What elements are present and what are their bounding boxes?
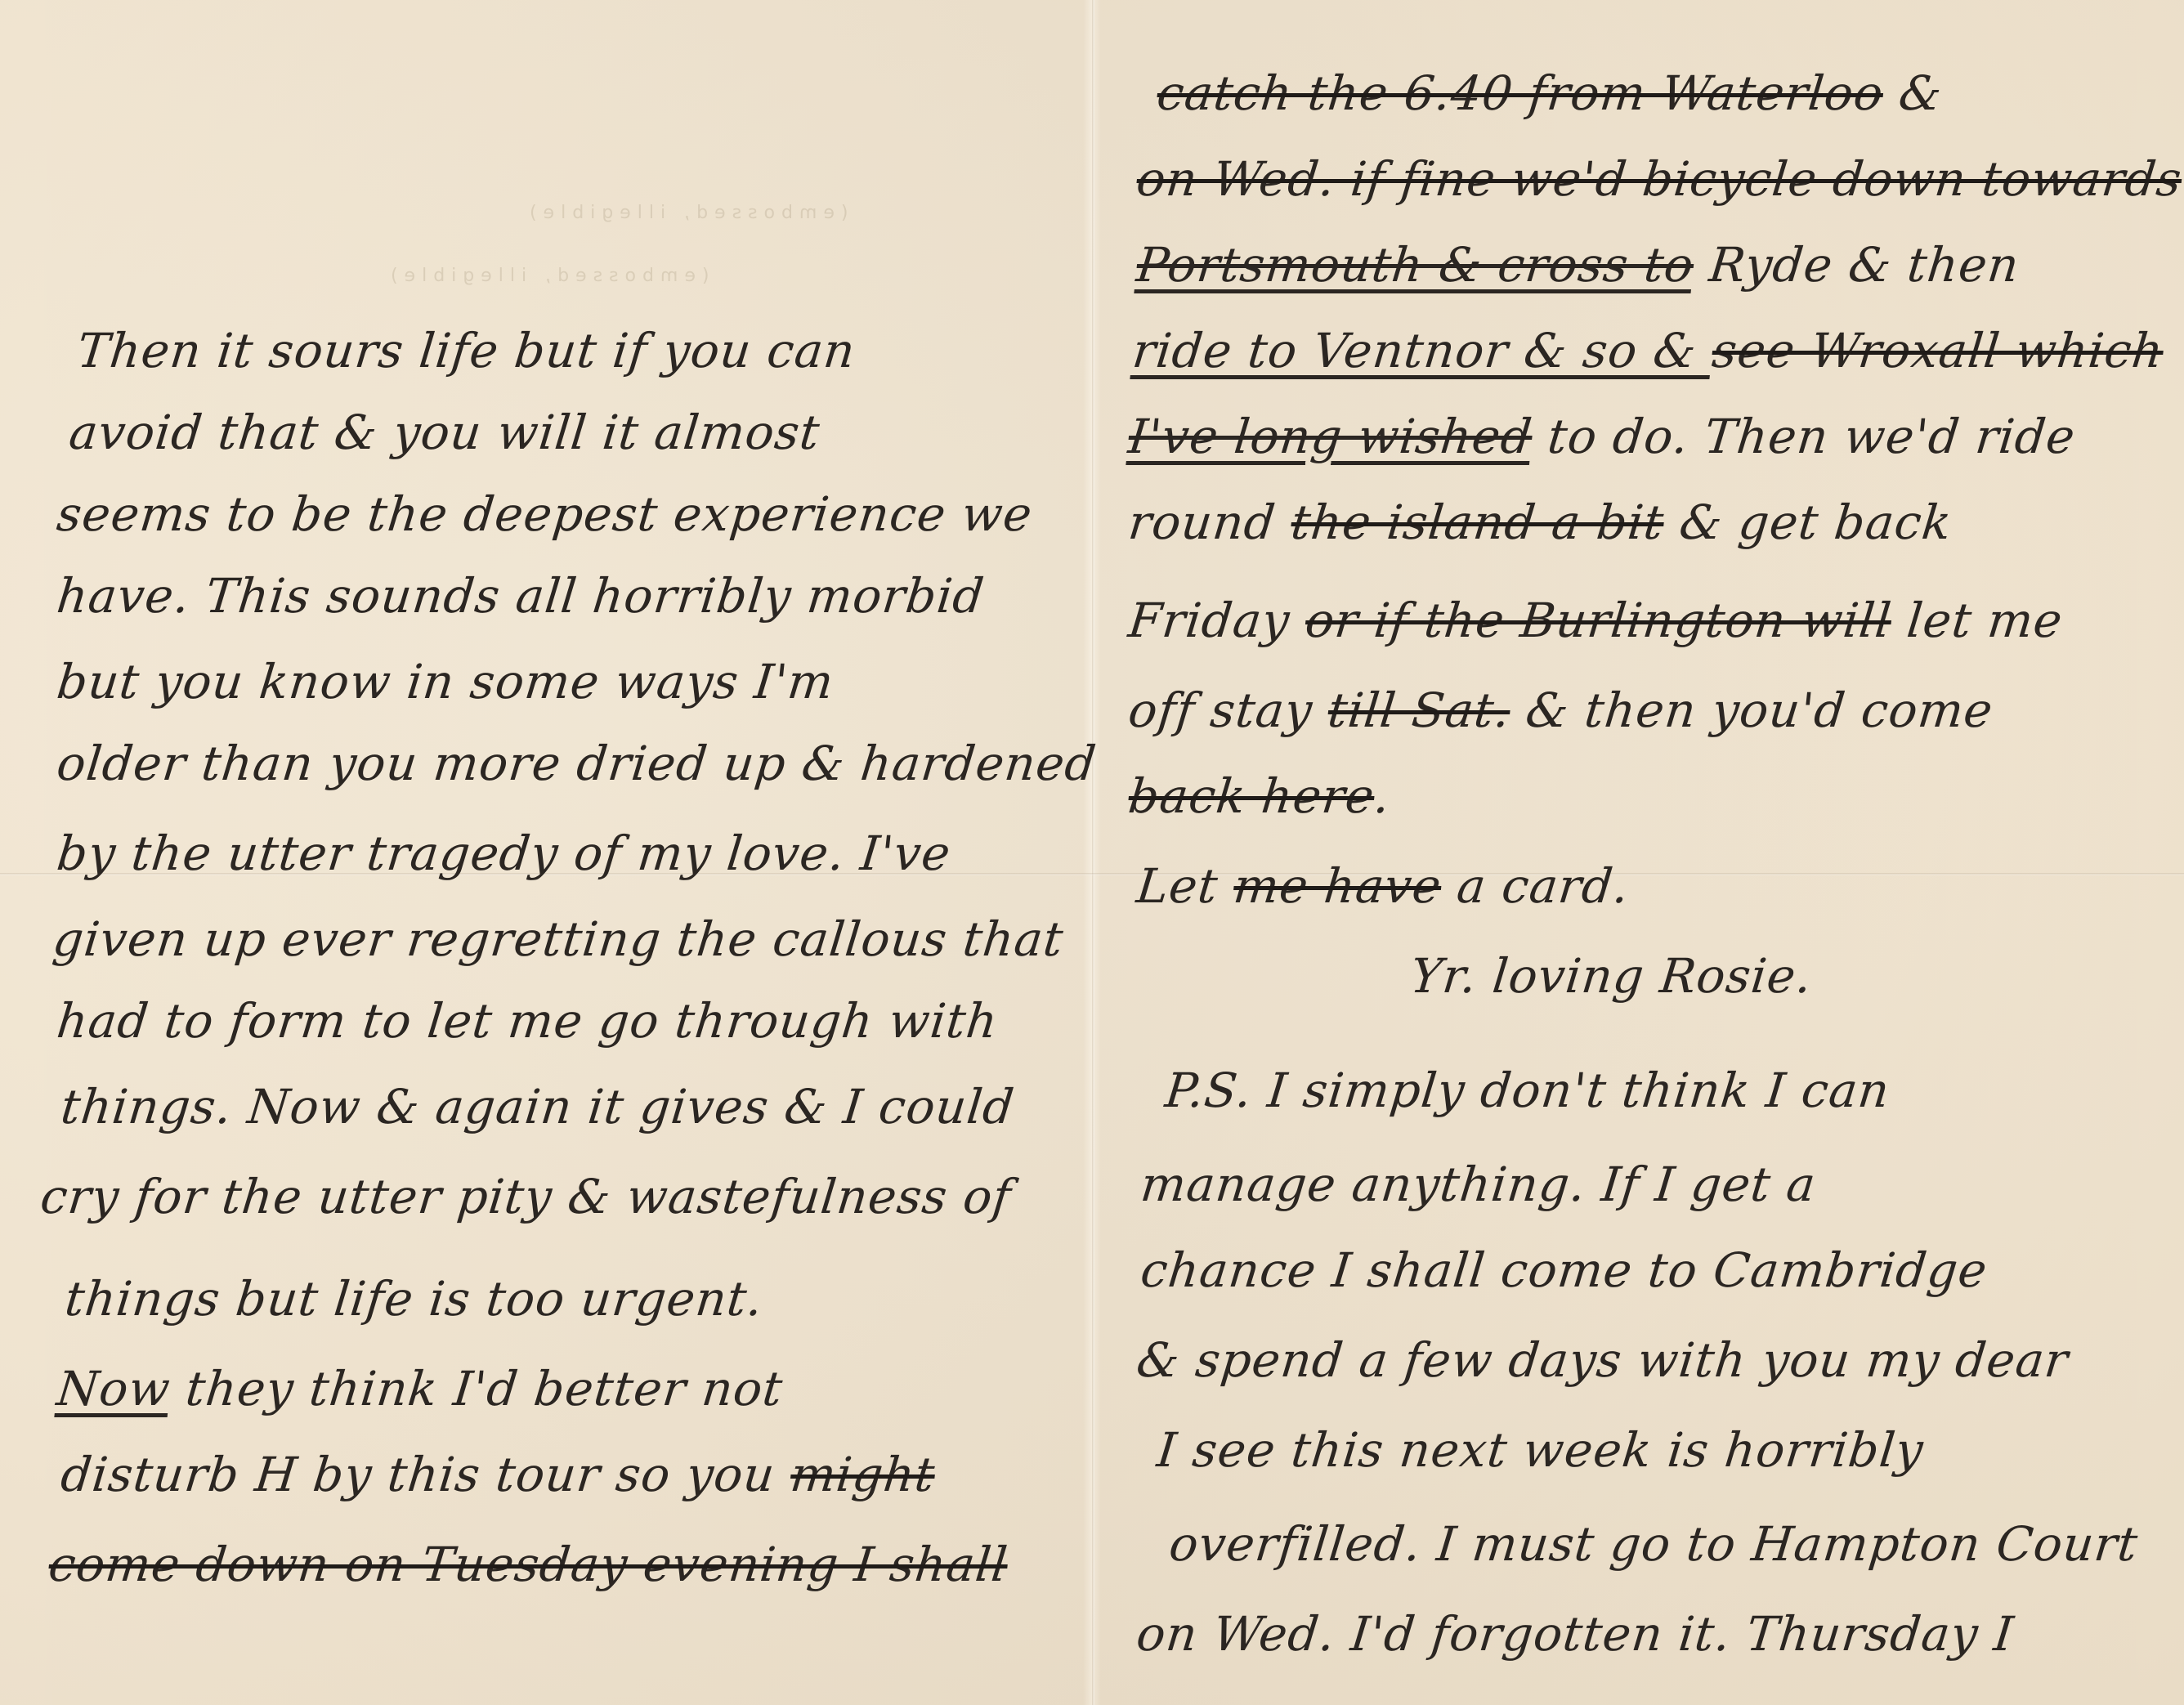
left-line-10: things. Now & again it gives & I could [58,1079,1017,1134]
right-line-6: round the island a bit & get back [1126,494,1954,550]
ps-line-7: on Wed. I'd forgotten it. Thursday I [1134,1606,2016,1662]
right-line-3: Portsmouth & cross to Ryde & then [1134,237,2021,293]
right-line-7: Friday or if the Burlington will let me [1126,593,2065,648]
right-line-4: ride to Ventnor & so & see Wroxall which [1130,323,2166,378]
right-line-1: catch the 6.40 from Waterloo & [1154,65,1945,121]
right-page: catch the 6.40 from Waterloo & on Wed. i… [1092,0,2184,1705]
letter-sheet: (embossed, illegible) (embossed, illegib… [0,0,2184,1705]
ps-line-1: P.S. I simply don't think I can [1162,1063,1892,1118]
left-line-3: seems to be the deepest experience we [54,486,1035,542]
left-line-9: had to form to let me go through with [54,993,1000,1049]
ps-line-5: I see this next week is horribly [1154,1422,1926,1478]
left-line-12: things but life is too urgent. [62,1271,766,1327]
ps-line-3: chance I shall come to Cambridge [1138,1242,1990,1298]
left-line-13: Now they think I'd better not [54,1361,785,1416]
right-line-10: Let me have a card. [1134,858,1631,914]
ps-line-6: overfilled. I must go to Hampton Court [1166,1516,2141,1572]
left-line-6: older than you more dried up & hardened [54,736,1099,791]
left-line-5: but you know in some ways I'm [54,654,836,709]
left-line-1: Then it sours life but if you can [74,323,857,378]
ps-line-4: & spend a few days with you my dear [1134,1332,2071,1388]
signature: Yr. loving Rosie. [1408,948,1815,1004]
left-line-7: by the utter tragedy of my love. I've [54,826,953,881]
left-line-11: cry for the utter pity & wastefulness of [38,1169,1014,1224]
right-line-5: I've long wished to do. Then we'd ride [1126,409,2078,464]
left-line-4: have. This sounds all horribly morbid [54,568,987,624]
left-line-15: come down on Tuesday evening I shall [46,1537,1010,1592]
left-line-8: given up ever regretting the callous tha… [50,911,1066,967]
left-page: Then it sours life but if you can avoid … [0,0,1092,1705]
ps-line-2: manage anything. If I get a [1138,1157,1819,1212]
right-line-2: on Wed. if fine we'd bicycle down toward… [1134,151,2184,207]
left-line-14: disturb H by this tour so you might [58,1447,938,1502]
right-line-9: back here. [1126,768,1393,824]
right-line-8: off stay till Sat. & then you'd come [1126,682,1995,738]
left-line-2: avoid that & you will it almost [66,405,822,460]
